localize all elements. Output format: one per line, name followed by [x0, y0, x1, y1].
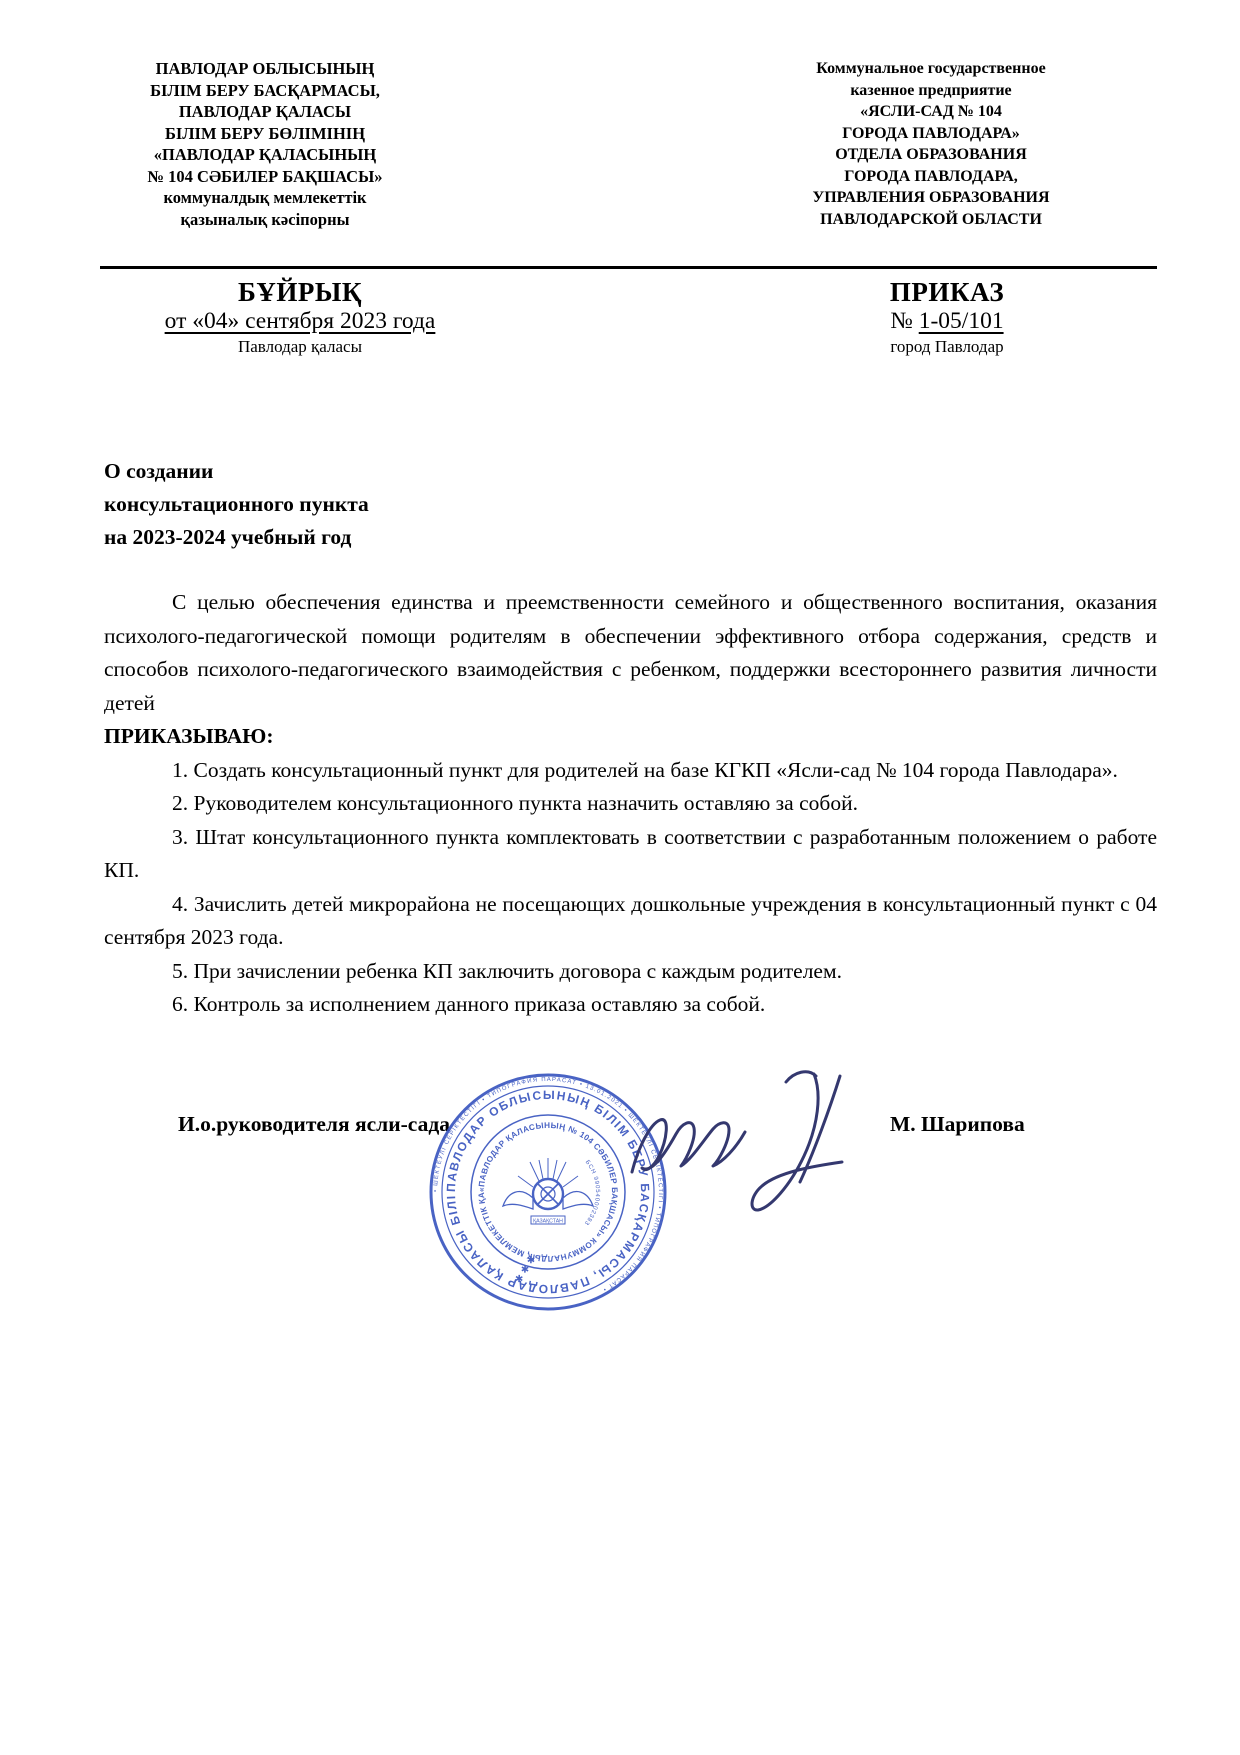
- signature-block: И.о.руководителя ясли-сада М. Шарипова: [0, 1112, 1240, 1152]
- intro-paragraph: С целью обеспечения единства и преемстве…: [104, 586, 1157, 720]
- order-item: 4. Зачислить детей микрорайона не посеща…: [104, 888, 1157, 955]
- letterhead-line: казенное предприятие: [705, 80, 1157, 102]
- order-item: 5. При зачислении ребенка КП заключить д…: [104, 955, 1157, 989]
- subject-line: на 2023-2024 учебный год: [104, 521, 1157, 554]
- stamp-emblem-label: ҚАЗАҚСТАН: [533, 1219, 563, 1225]
- order-item: 2. Руководителем консультационного пункт…: [104, 787, 1157, 821]
- stamp-stars: ✱ ✱ ✱: [513, 1254, 539, 1286]
- letterhead-kazakh: ПАВЛОДАР ОБЛЫСЫНЫҢ БІЛІМ БЕРУ БАСҚАРМАСЫ…: [100, 58, 430, 230]
- stamp-inner-ring-text: «ПАВЛОДАР ҚАЛАСЫНЫҢ № 104 СӘБИЛЕР БАҚШАС…: [428, 1072, 619, 1263]
- order-number-value: 1-05/101: [919, 308, 1004, 334]
- order-date: от «04» сентября 2023 года: [100, 307, 500, 336]
- order-body: С целью обеспечения единства и преемстве…: [0, 554, 1240, 1022]
- signer-position-label: И.о.руководителя ясли-сада: [178, 1112, 450, 1137]
- letterhead-russian: Коммунальное государственное казенное пр…: [705, 58, 1157, 230]
- order-item: 1. Создать консультационный пункт для ро…: [104, 754, 1157, 788]
- order-number: № 1-05/101: [737, 307, 1157, 336]
- stamp-outer-ring-text: • ШЕКТЕУЛІ СЕРІКТЕСТІГІ • ТИПОГРАФИЯ ПАР…: [433, 1077, 663, 1293]
- order-city-kk: Павлодар қаласы: [100, 336, 500, 357]
- order-heading: БҰЙРЫҚ от «04» сентября 2023 года Павлод…: [0, 269, 1240, 357]
- order-city-ru: город Павлодар: [737, 336, 1157, 357]
- subject-line: консультационного пункта: [104, 488, 1157, 521]
- order-title-ru: ПРИКАЗ: [737, 277, 1157, 307]
- letterhead-line: УПРАВЛЕНИЯ ОБРАЗОВАНИЯ: [705, 187, 1157, 209]
- order-heading-russian: ПРИКАЗ № 1-05/101 город Павлодар: [737, 277, 1157, 357]
- letterhead-line: қазыналық кәсіпорны: [100, 209, 430, 231]
- order-item: 6. Контроль за исполнением данного прика…: [104, 988, 1157, 1022]
- official-stamp-seal: • ШЕКТЕУЛІ СЕРІКТЕСТІГІ • ТИПОГРАФИЯ ПАР…: [428, 1072, 668, 1312]
- letterhead-line: ГОРОДА ПАВЛОДАРА»: [705, 123, 1157, 145]
- order-subject: О создании консультационного пункта на 2…: [0, 357, 1240, 554]
- order-heading-kazakh: БҰЙРЫҚ от «04» сентября 2023 года Павлод…: [100, 277, 500, 357]
- letterhead-line: коммуналдық мемлекеттік: [100, 187, 430, 209]
- letterhead-line: ПАВЛОДАРСКОЙ ОБЛАСТИ: [705, 209, 1157, 231]
- letterhead-line: № 104 СӘБИЛЕР БАҚШАСЫ»: [100, 166, 430, 188]
- letterhead-line: ОТДЕЛА ОБРАЗОВАНИЯ: [705, 144, 1157, 166]
- stamp-emblem-icon: ҚАЗАҚСТАН: [503, 1158, 593, 1225]
- stamp-rings: [431, 1075, 665, 1309]
- order-title-kk: БҰЙРЫҚ: [100, 277, 500, 307]
- order-date-text: от «04» сентября 2023 года: [165, 308, 436, 334]
- order-document: ПАВЛОДАР ОБЛЫСЫНЫҢ БІЛІМ БЕРУ БАСҚАРМАСЫ…: [0, 0, 1240, 1755]
- order-number-prefix: №: [890, 308, 918, 334]
- letterhead-line: ПАВЛОДАР ҚАЛАСЫ: [100, 101, 430, 123]
- letterhead: ПАВЛОДАР ОБЛЫСЫНЫҢ БІЛІМ БЕРУ БАСҚАРМАСЫ…: [0, 0, 1240, 230]
- subject-line: О создании: [104, 455, 1157, 488]
- letterhead-line: ПАВЛОДАР ОБЛЫСЫНЫҢ: [100, 58, 430, 80]
- letterhead-line: «ПАВЛОДАР ҚАЛАСЫНЫҢ: [100, 144, 430, 166]
- directive-word: ПРИКАЗЫВАЮ:: [104, 720, 1157, 754]
- letterhead-line: «ЯСЛИ-САД № 104: [705, 101, 1157, 123]
- letterhead-line: БІЛІМ БЕРУ БАСҚАРМАСЫ,: [100, 80, 430, 102]
- letterhead-line: ГОРОДА ПАВЛОДАРА,: [705, 166, 1157, 188]
- letterhead-line: Коммунальное государственное: [705, 58, 1157, 80]
- order-item: 3. Штат консультационного пункта комплек…: [104, 821, 1157, 888]
- letterhead-line: БІЛІМ БЕРУ БӨЛІМІНІҢ: [100, 123, 430, 145]
- stamp-main-ring-text: ПАВЛОДАР ОБЛЫСЫНЫҢ БІЛІМ БЕРУ БАСҚАРМАСЫ…: [428, 1072, 652, 1296]
- stamp-bin-text: БСН 990540002383: [583, 1159, 600, 1226]
- signer-name: М. Шарипова: [890, 1112, 1025, 1137]
